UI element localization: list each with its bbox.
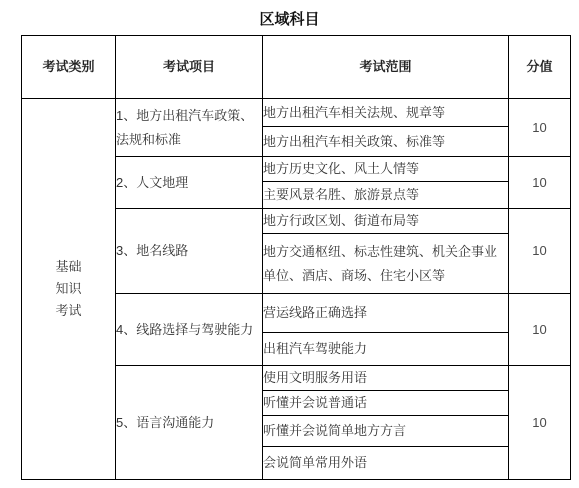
item-cell-3: 3、地名线路	[116, 209, 263, 294]
category-line: 考试	[22, 300, 115, 322]
scope-cell: 地方出租汽车相关法规、规章等	[263, 99, 509, 127]
score-cell-3: 10	[509, 209, 571, 294]
scope-cell: 营运线路正确选择	[263, 294, 509, 333]
scope-cell: 地方历史文化、风土人情等	[263, 157, 509, 182]
scope-cell: 听懂并会说普通话	[263, 391, 509, 416]
col-header-category: 考试类别	[22, 36, 116, 99]
category-cell: 基础 知识 考试	[22, 99, 116, 480]
scope-cell: 地方交通枢纽、标志性建筑、机关企事业单位、酒店、商场、住宅小区等	[263, 234, 509, 294]
scope-cell: 使用文明服务用语	[263, 366, 509, 391]
table-row: 基础 知识 考试 1、地方出租汽车政策、法规和标准 地方出租汽车相关法规、规章等…	[22, 99, 571, 127]
scope-cell: 地方出租汽车相关政策、标准等	[263, 127, 509, 157]
col-header-score: 分值	[509, 36, 571, 99]
scope-cell: 地方行政区划、街道布局等	[263, 209, 509, 234]
category-line: 基础	[22, 256, 115, 278]
score-cell-4: 10	[509, 294, 571, 366]
scope-cell: 出租汽车驾驶能力	[263, 333, 509, 366]
score-cell-2: 10	[509, 157, 571, 209]
category-line: 知识	[22, 278, 115, 300]
scope-cell: 听懂并会说简单地方方言	[263, 416, 509, 447]
item-cell-4: 4、线路选择与驾驶能力	[116, 294, 263, 366]
item-cell-5: 5、语言沟通能力	[116, 366, 263, 480]
item-cell-2: 2、人文地理	[116, 157, 263, 209]
score-cell-5: 10	[509, 366, 571, 480]
col-header-item: 考试项目	[116, 36, 263, 99]
exam-table: 考试类别 考试项目 考试范围 分值 基础 知识 考试 1、地方出租汽车政策、法规…	[21, 35, 571, 480]
page-title: 区域科目	[0, 0, 579, 30]
table-header-row: 考试类别 考试项目 考试范围 分值	[22, 36, 571, 99]
score-cell-1: 10	[509, 99, 571, 157]
col-header-scope: 考试范围	[263, 36, 509, 99]
scope-cell: 主要风景名胜、旅游景点等	[263, 182, 509, 209]
item-cell-1: 1、地方出租汽车政策、法规和标准	[116, 99, 263, 157]
scope-cell: 会说简单常用外语	[263, 447, 509, 480]
